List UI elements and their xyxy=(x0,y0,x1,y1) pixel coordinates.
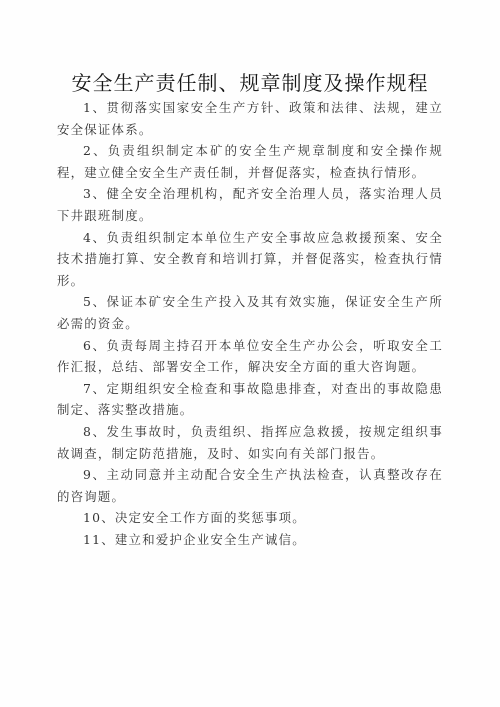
document-page: 安全生产责任制、规章制度及操作规程 1、贯彻落实国家安全生产方针、政策和法律、法… xyxy=(0,0,500,707)
list-item: 6、负责每周主持召开本单位安全生产办公会，听取安全工作汇报，总结、部署安全工作，… xyxy=(57,335,443,378)
document-title: 安全生产责任制、规章制度及操作规程 xyxy=(0,70,500,96)
list-item: 7、定期组织安全检查和事故隐患排查，对查出的事故隐患制定、落实整改措施。 xyxy=(57,378,443,421)
list-item: 3、健全安全治理机构，配齐安全治理人员，落实治理人员下井跟班制度。 xyxy=(57,183,443,226)
list-item: 11、建立和爱护企业安全生产诚信。 xyxy=(57,529,443,551)
list-item: 9、主动同意并主动配合安全生产执法检查，认真整改存在的咨询题。 xyxy=(57,464,443,507)
list-item: 5、保证本矿安全生产投入及其有效实施，保证安全生产所必需的资金。 xyxy=(57,291,443,334)
list-item: 2、负责组织制定本矿的安全生产规章制度和安全操作规程，建立健全安全生产责任制，并… xyxy=(57,140,443,183)
list-item: 4、负责组织制定本单位生产安全事故应急救援预案、安全技术措施打算、安全教育和培训… xyxy=(57,227,443,292)
list-item: 10、决定安全工作方面的奖惩事项。 xyxy=(57,507,443,529)
list-item: 8、发生事故时，负责组织、指挥应急救援，按规定组织事故调查，制定防范措施，及时、… xyxy=(57,421,443,464)
document-body: 1、贯彻落实国家安全生产方针、政策和法律、法规，建立安全保证体系。 2、负责组织… xyxy=(57,97,443,550)
list-item: 1、贯彻落实国家安全生产方针、政策和法律、法规，建立安全保证体系。 xyxy=(57,97,443,140)
